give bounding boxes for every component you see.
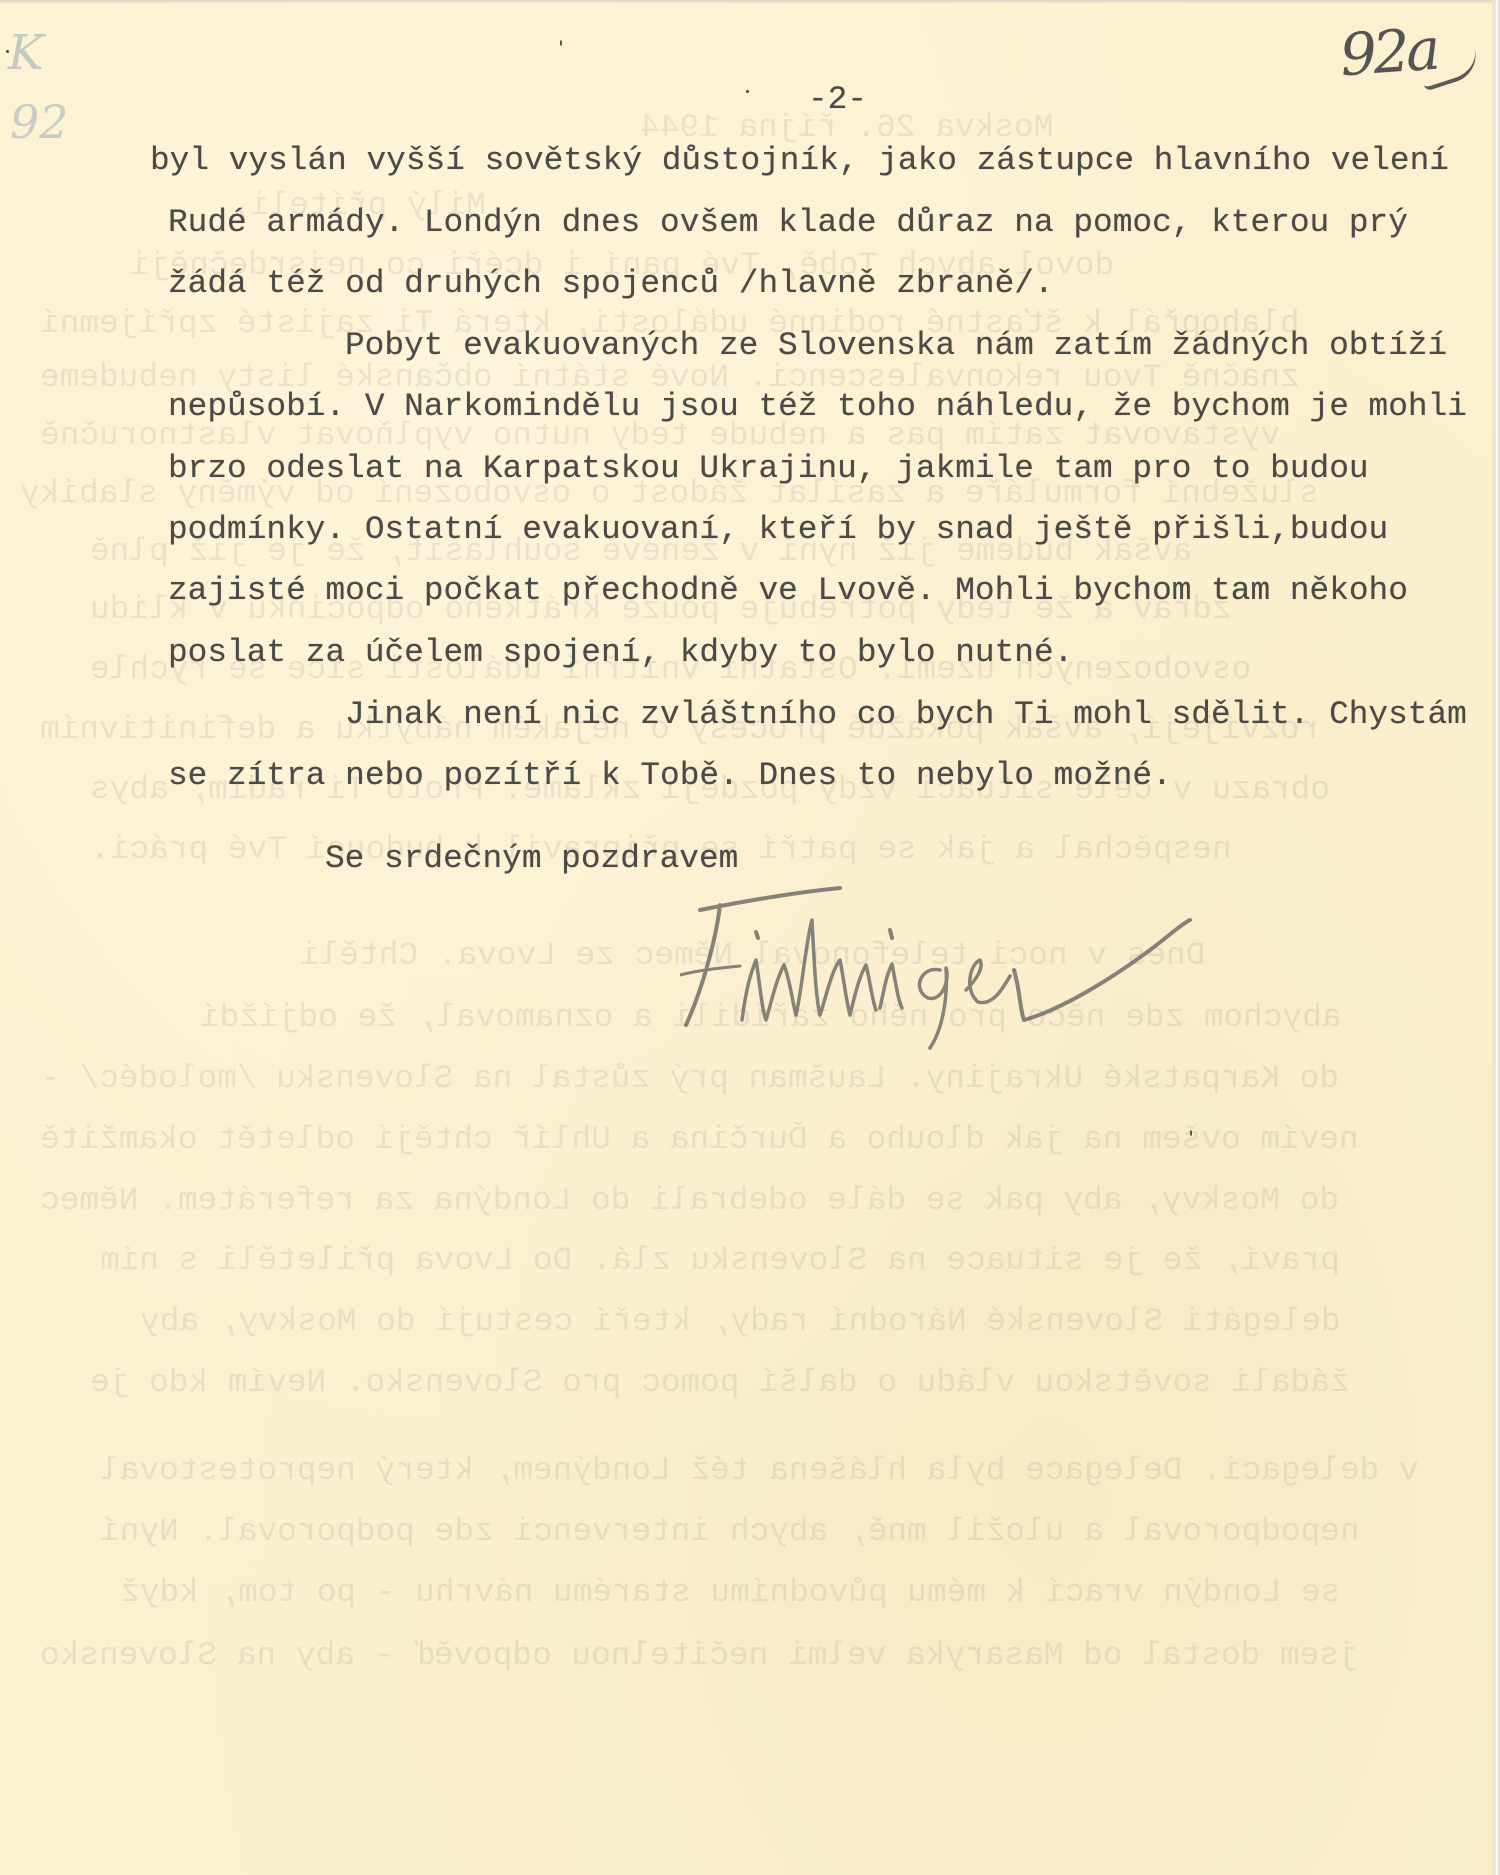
paper-speck — [6, 50, 9, 53]
paper-speck — [746, 90, 749, 93]
document-page: K 92 92a Moskva 26. října 1944 Milý přít… — [0, 0, 1500, 1875]
bleed-through-line: nevím ovšem na jak dlouho a Ďurčina a Uh… — [40, 1124, 1359, 1157]
body-line: zajisté moci počkat přechodně ve Lvově. … — [168, 575, 1408, 608]
page-right-edge — [1492, 0, 1500, 1875]
bleed-through-line: v delegaci. Delegace byla hlášena též Lo… — [100, 1455, 1419, 1488]
body-line: nepůsobí. V Narkomindělu jsou též toho n… — [168, 391, 1467, 424]
closing-salutation: Se srdečným pozdravem — [325, 843, 738, 876]
body-line: poslat za účelem spojení, kdyby to bylo … — [168, 637, 1073, 670]
paper-speck — [560, 40, 562, 46]
bleed-through-line: delegáti Slovenské Národní rady, kteří c… — [140, 1306, 1341, 1339]
margin-pencil-mark: K — [8, 25, 44, 81]
margin-pencil-number: 92 — [10, 95, 69, 149]
body-line: podmínky. Ostatní evakuovaní, kteří by s… — [168, 514, 1388, 547]
body-line: byl vyslán vyšší sovětský důstojník, jak… — [150, 145, 1449, 178]
bleed-through-line: se Londýn vrací k mému původnímu starému… — [120, 1577, 1340, 1610]
bleed-through-line: praví, že je situace na Slovensku zlá. D… — [100, 1245, 1340, 1278]
handwritten-signature — [680, 880, 1240, 1050]
bleed-through-line: jsem dostal od Masaryka velmi nečitelnou… — [40, 1640, 1359, 1673]
page-top-edge — [0, 0, 1500, 4]
body-line-indented: Jinak není nic zvláštního co bych Ti moh… — [345, 699, 1467, 732]
bleed-through-line: nepodporoval a uložil mně, abych interve… — [100, 1516, 1360, 1549]
bleed-through-line: do Moskvy, aby pak se dále odebrali do L… — [40, 1185, 1339, 1218]
body-line: žádá též od druhých spojenců /hlavně zbr… — [168, 268, 1054, 301]
body-line: Rudé armády. Londýn dnes ovšem klade důr… — [168, 207, 1408, 240]
body-line: se zítra nebo pozítří k Tobě. Dnes to ne… — [168, 760, 1172, 793]
body-line-indented: Pobyt evakuovaných ze Slovenska nám zatí… — [345, 330, 1447, 363]
body-line: brzo odeslat na Karpatskou Ukrajinu, jak… — [168, 453, 1369, 486]
bleed-through-line: žádali sovětskou vládu o další pomoc pro… — [90, 1367, 1350, 1400]
paper-speck — [1190, 1130, 1192, 1136]
page-number: -2- — [808, 84, 867, 117]
bleed-through-line: do Karpatské Ukrajiny. Laušman prý zůsta… — [40, 1063, 1339, 1096]
